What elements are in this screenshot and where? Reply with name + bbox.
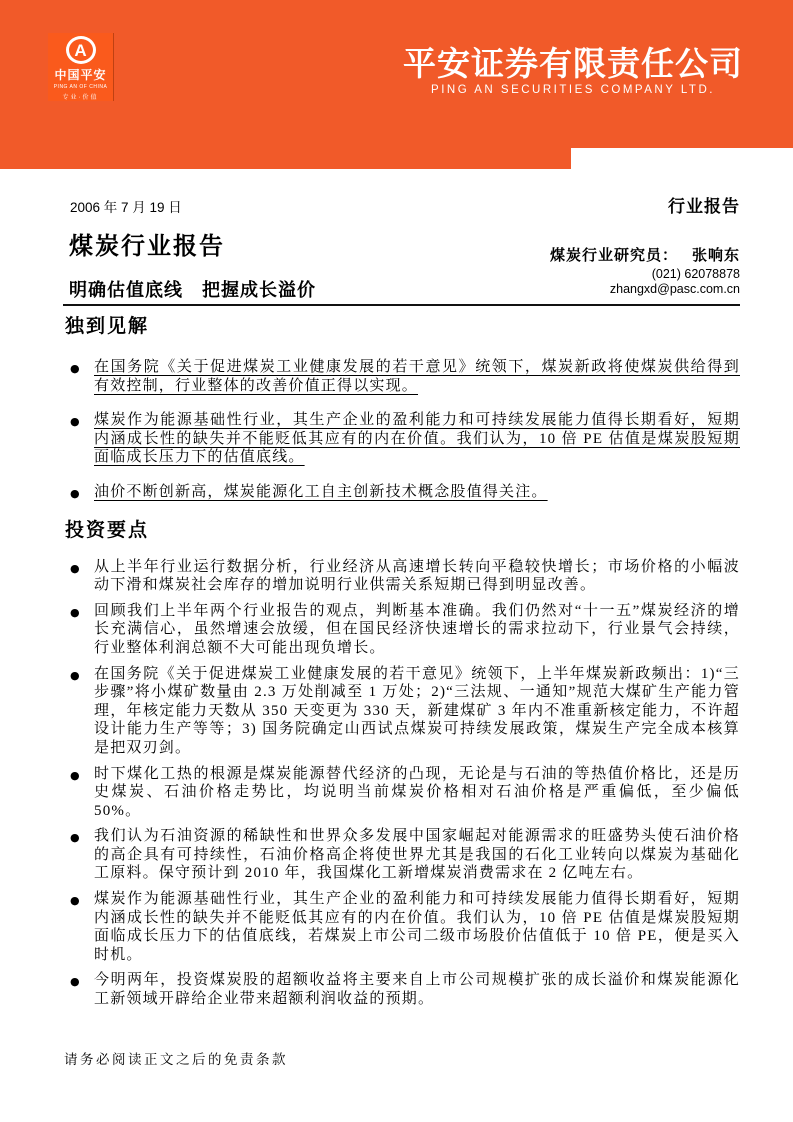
bullet-text: 从上半年行业运行数据分析，行业经济从高速增长转向平稳较快增长；市场价格的小幅波动… <box>94 559 740 594</box>
report-date: 2006 年 7 月 19 日 <box>70 196 182 216</box>
researcher-name: 张响东 <box>692 248 740 264</box>
list-item: ● 今明两年，投资煤炭股的超额收益将主要来自上市公司规模扩张的成长溢价和煤炭能源… <box>63 971 740 1008</box>
section-heading-investment-points: 投资要点 <box>65 518 740 544</box>
pingan-logo: A 中国平安 PING AN OF CHINA 专业·价值 <box>48 33 114 101</box>
researcher-phone: (021) 62078878 <box>610 267 740 282</box>
bullet-icon: ● <box>70 829 81 848</box>
bullet-text: 我们认为石油资源的稀缺性和世界众多发展中国家崛起对能源需求的旺盛势头使石油价格的… <box>94 828 740 881</box>
bullet-text: 油价不断创新高，煤炭能源化工自主创新技术概念股值得关注。 <box>94 484 548 500</box>
bullet-text: 回顾我们上半年两个行业报告的观点，判断基本准确。我们仍然对“十一五”煤炭经济的增… <box>94 603 740 656</box>
list-item: ● 煤炭作为能源基础性行业，其生产企业的盈利能力和可持续发展能力值得长期看好，短… <box>63 890 740 964</box>
list-item: ● 从上半年行业运行数据分析，行业经济从高速增长转向平稳较快增长；市场价格的小幅… <box>63 558 740 595</box>
bullet-text: 煤炭作为能源基础性行业，其生产企业的盈利能力和可持续发展能力值得长期看好，短期内… <box>94 412 740 465</box>
researcher-label: 煤炭行业研究员： <box>550 248 678 264</box>
list-item: ● 在国务院《关于促进煤炭工业健康发展的若干意见》统领下，煤炭新政将使煤炭供给得… <box>63 358 740 395</box>
bullet-icon: ● <box>70 413 81 432</box>
bullet-text: 今明两年，投资煤炭股的超额收益将主要来自上市公司规模扩张的成长溢价和煤炭能源化工… <box>94 972 740 1007</box>
unique-views-list: ● 在国务院《关于促进煤炭工业健康发展的若干意见》统领下，煤炭新政将使煤炭供给得… <box>63 358 740 502</box>
list-item: ● 时下煤化工热的根源是煤炭能源替代经济的凸现，无论是与石油的等热值价格比，还是… <box>63 765 740 821</box>
researcher-email: zhangxd@pasc.com.cn <box>610 282 740 297</box>
report-type-label: 行业报告 <box>668 192 740 217</box>
bullet-text: 在国务院《关于促进煤炭工业健康发展的若干意见》统领下，上半年煤炭新政频出：1)“… <box>94 666 740 756</box>
list-item: ● 油价不断创新高，煤炭能源化工自主创新技术概念股值得关注。 <box>63 483 740 502</box>
report-body: 独到见解 ● 在国务院《关于促进煤炭工业健康发展的若干意见》统领下，煤炭新政将使… <box>63 314 740 1016</box>
company-name-cn: 平安证券有限责任公司 <box>398 45 748 83</box>
bullet-icon: ● <box>70 767 81 786</box>
list-item: ● 煤炭作为能源基础性行业，其生产企业的盈利能力和可持续发展能力值得长期看好，短… <box>63 411 740 467</box>
researcher-line: 煤炭行业研究员：张响东 <box>550 244 740 265</box>
bullet-icon: ● <box>70 485 81 504</box>
list-item: ● 我们认为石油资源的稀缺性和世界众多发展中国家崛起对能源需求的旺盛势头使石油价… <box>63 827 740 883</box>
list-item: ● 在国务院《关于促进煤炭工业健康发展的若干意见》统领下，上半年煤炭新政频出：1… <box>63 665 740 758</box>
contact-block: (021) 62078878 zhangxd@pasc.com.cn <box>610 267 740 297</box>
logo-name-cn: 中国平安 <box>54 66 106 83</box>
header-divider <box>63 304 740 306</box>
bullet-icon: ● <box>70 667 81 686</box>
masthead-notch <box>571 148 793 169</box>
bullet-text: 时下煤化工热的根源是煤炭能源替代经济的凸现，无论是与石油的等热值价格比，还是历史… <box>94 766 740 819</box>
bullet-icon: ● <box>70 973 81 992</box>
bullet-icon: ● <box>70 892 81 911</box>
logo-name-en: PING AN OF CHINA <box>54 84 108 90</box>
bullet-icon: ● <box>70 360 81 379</box>
bullet-text: 在国务院《关于促进煤炭工业健康发展的若干意见》统领下，煤炭新政将使煤炭供给得到有… <box>94 359 740 394</box>
pingan-monogram-icon: A <box>66 36 96 64</box>
report-subtitle: 明确估值底线 把握成长溢价 <box>69 276 316 302</box>
section-heading-unique-views: 独到见解 <box>65 314 740 340</box>
bullet-text: 煤炭作为能源基础性行业，其生产企业的盈利能力和可持续发展能力值得长期看好，短期内… <box>94 891 740 963</box>
list-item: ● 回顾我们上半年两个行业报告的观点，判断基本准确。我们仍然对“十一五”煤炭经济… <box>63 602 740 658</box>
company-name-en: PING AN SECURITIES COMPANY LTD. <box>398 84 748 96</box>
logo-slogan: 专业·价值 <box>63 92 99 101</box>
investment-points-list: ● 从上半年行业运行数据分析，行业经济从高速增长转向平稳较快增长；市场价格的小幅… <box>63 558 740 1009</box>
footer-disclaimer: 请务必阅读正文之后的免责条款 <box>64 1048 288 1068</box>
bullet-icon: ● <box>70 604 81 623</box>
page-title: 煤炭行业报告 <box>69 226 225 261</box>
bullet-icon: ● <box>70 560 81 579</box>
